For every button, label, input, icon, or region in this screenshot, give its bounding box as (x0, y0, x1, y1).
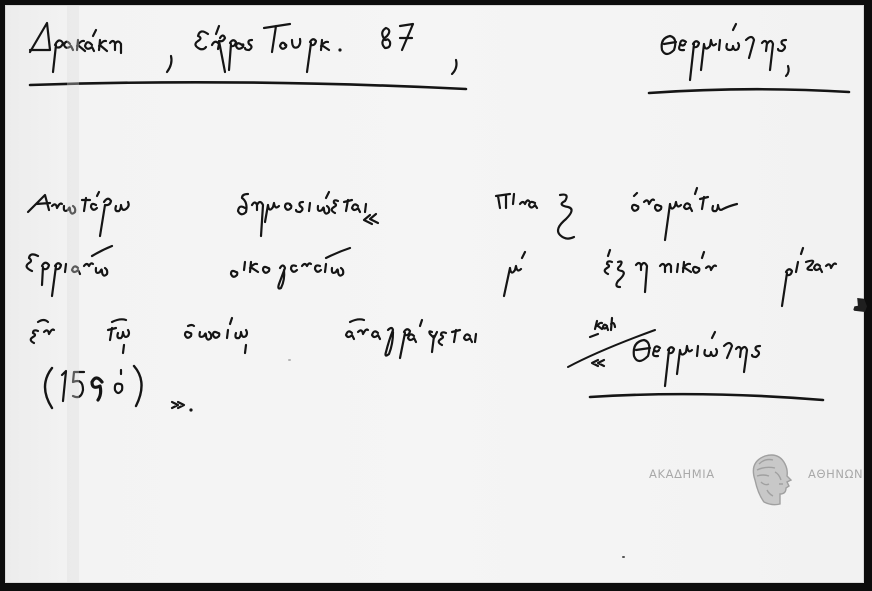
speck (622, 556, 625, 558)
header-reference-ink (30, 23, 466, 89)
body-line-3-ink (31, 318, 823, 400)
header-keyword-ink (649, 24, 849, 93)
body-line-1-ink (28, 188, 737, 240)
index-card: Δρακάκη, Ἑβρος Τουρκ. 87, Θερμιώτης, Ἀνω… (5, 5, 864, 583)
watermark-right-text: ΑΘΗΝΩΝ (808, 467, 863, 481)
speck (288, 359, 291, 361)
athena-head-emblem-icon (745, 450, 793, 506)
academy-watermark: ΑΚΑΔΗΜΙΑ ΑΘΗΝΩΝ (645, 450, 872, 506)
body-line-4-ink (45, 366, 193, 412)
watermark-left-text: ΑΚΑΔΗΜΙΑ (649, 467, 715, 481)
body-line-2-ink (27, 246, 836, 306)
